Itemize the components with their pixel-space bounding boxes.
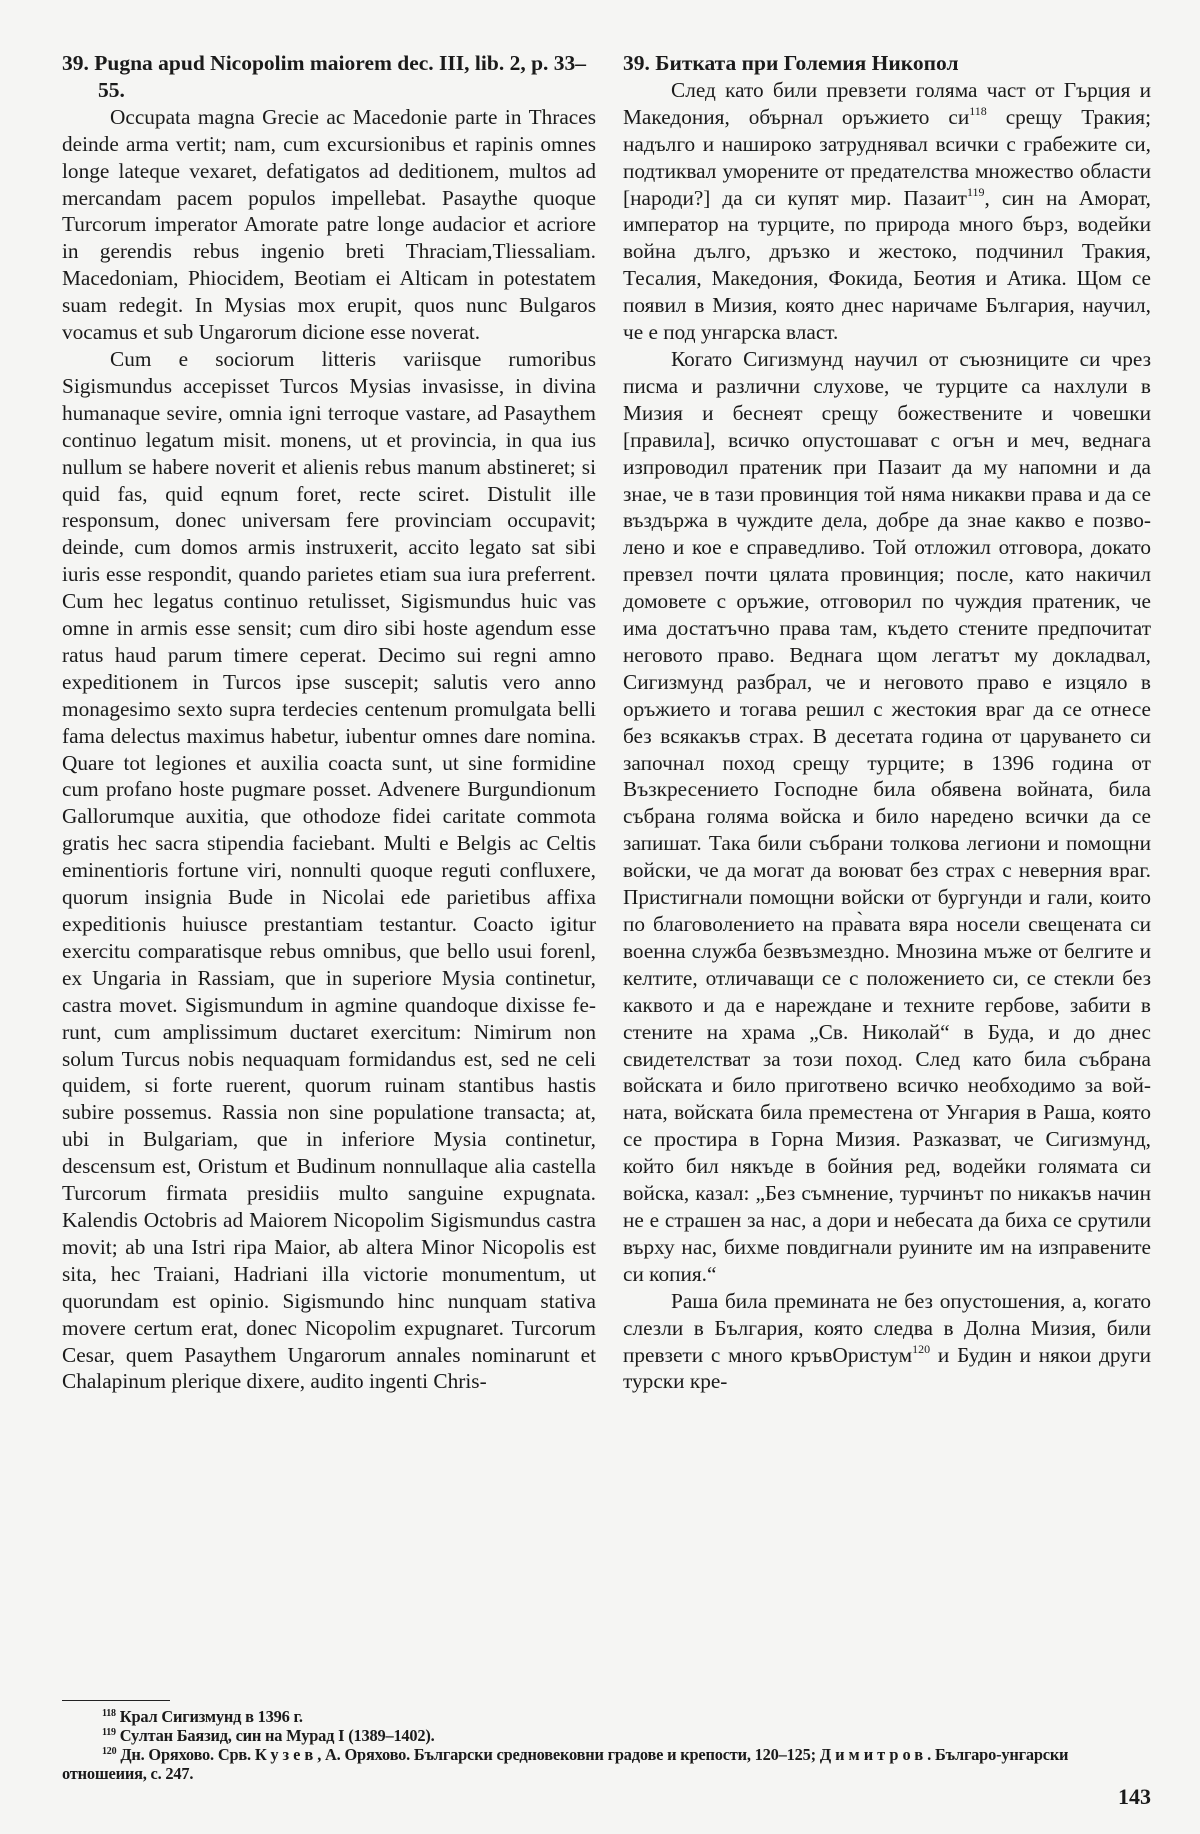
footnote-text: , А. Оряхово. Български средновековни гр… — [317, 1745, 820, 1764]
document-page: 39. Pugna apud Nicopolim maiorem dec. II… — [0, 0, 1200, 1834]
footnote-118: 118 Крал Сигизмунд в 1396 г. — [62, 1707, 1152, 1726]
footnote-author: Димитров — [820, 1745, 927, 1764]
footnote-text: Крал Сигизмунд в 1396 г. — [120, 1707, 303, 1726]
footnote-text: Султан Баязид, син на Мурад I (1389–1402… — [120, 1726, 435, 1745]
latin-section-heading: 39. Pugna apud Nicopolim maiorem dec. II… — [62, 50, 596, 104]
footnotes: 118 Крал Сигизмунд в 1396 г. 119 Султан … — [62, 1707, 1152, 1783]
footnote-mark: 120 — [102, 1746, 116, 1757]
footnote-120: 120 Дн. Оряхово. Срв. Кузев, А. Оряхово.… — [62, 1745, 1152, 1783]
footnote-ref-118[interactable]: 118 — [969, 104, 987, 118]
footnote-ref-120[interactable]: 120 — [912, 1342, 930, 1356]
footnote-119: 119 Султан Баязид, син на Мурад I (1389–… — [62, 1726, 1152, 1745]
footnote-ref-119[interactable]: 119 — [967, 185, 985, 199]
footnote-mark: 119 — [102, 1727, 116, 1738]
paragraph-text: Когато Сигизмунд научил от съюзниците си… — [623, 347, 1151, 1286]
bulgarian-paragraph: Когато Сигизмунд научил от съюзниците си… — [623, 346, 1151, 1288]
page-number: 143 — [1118, 1784, 1151, 1810]
footnote-text: Дн. Оряхово. Срв. — [120, 1745, 255, 1764]
footnote-divider — [62, 1700, 170, 1701]
latin-column: 39. Pugna apud Nicopolim maiorem dec. II… — [62, 50, 596, 1395]
bulgarian-paragraph: Раша била премината не без опустошения, … — [623, 1288, 1151, 1396]
latin-paragraph: Cum e sociorum litteris variisque rumori… — [62, 346, 596, 1395]
bulgarian-paragraph: След като били превзети голяма част от Г… — [623, 77, 1151, 346]
latin-paragraph: Occupata magna Grecie ac Macedonie parte… — [62, 104, 596, 346]
bulgarian-section-heading: 39. Битката при Големия Никопол — [623, 50, 1151, 77]
footnote-mark: 118 — [102, 1708, 116, 1719]
footnote-author: Кузев — [255, 1745, 317, 1764]
bulgarian-column: 39. Битката при Големия Никопол След кат… — [623, 50, 1151, 1395]
